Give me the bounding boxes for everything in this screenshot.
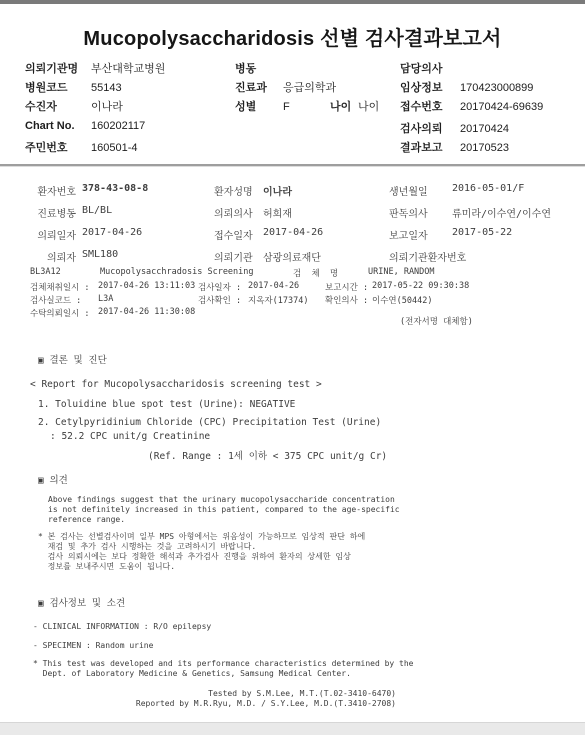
field-label: 담당의사 — [400, 60, 460, 76]
section-divider — [0, 164, 585, 167]
field-label: 검사의뢰 — [400, 120, 460, 136]
field-label: 의뢰기관 — [214, 249, 253, 264]
field-value: 20170523 — [460, 142, 509, 154]
field-label: 임상정보 — [400, 79, 460, 95]
field-label: 주민번호 — [25, 139, 91, 155]
field-label: 수탁의뢰일시 : — [30, 307, 90, 319]
test-development-note: * This test was developed and its perfor… — [33, 659, 414, 679]
field-label: 의뢰기관명 — [25, 60, 91, 76]
field-row: 성별F나이나이 — [235, 98, 379, 117]
scan-bottom-edge — [0, 722, 585, 735]
field-value: 2017-04-26 — [263, 227, 323, 238]
field-value: F — [283, 101, 330, 113]
field-label: 병동 — [235, 60, 283, 76]
field-value: 20170424 — [460, 123, 509, 135]
patient-id: 378-43-08-8 — [82, 183, 148, 194]
field-label: 수진자 — [25, 98, 91, 114]
field-value: 류미라/이수연/이수연 — [452, 205, 551, 220]
field-value: 2017-05-22 09:30:38 — [372, 281, 469, 291]
header-left-column: 의뢰기관명부산대학교병원 병원코드55143 수진자이나라 Chart No.1… — [25, 60, 165, 158]
field-row: 접수번호20170424-69639 — [400, 98, 543, 117]
field-label: 보고일자 — [389, 227, 428, 242]
field-label: 의뢰자 — [30, 249, 76, 264]
field-label: 나이 — [330, 98, 358, 114]
field-value: 이수연(50442) — [372, 294, 432, 306]
field-row: 진료과응급의학과 — [235, 79, 379, 98]
field-value: 지옥자(17374) — [248, 294, 308, 306]
field-row: 담당의사 — [400, 60, 543, 79]
test-name: Mucopolysacchradosis Screening — [100, 267, 254, 277]
field-value: 2017-05-22 — [452, 227, 512, 238]
header-right-column: 담당의사 임상정보170423000899 접수번호20170424-69639… — [400, 60, 543, 158]
field-label: 의뢰일자 — [30, 227, 76, 242]
result-item: 2. Cetylpyridinium Chloride (CPC) Precip… — [38, 417, 381, 428]
field-label: 성별 — [235, 98, 283, 114]
field-label: 의뢰기관환자번호 — [389, 249, 466, 264]
field-row: 검사의뢰20170424 — [400, 120, 543, 139]
field-label: 환자성명 — [214, 183, 253, 198]
field-label: 검체채취일시 : — [30, 281, 90, 293]
field-label: 판독의사 — [389, 205, 428, 220]
field-label: 검사일자 : — [198, 281, 241, 293]
field-label: 의뢰의사 — [214, 205, 253, 220]
field-label: 결과보고 — [400, 139, 460, 155]
field-value: 2017-04-26 — [82, 227, 142, 238]
header-middle-column: 병동 진료과응급의학과 성별F나이나이 — [235, 60, 379, 117]
field-value: 160501-4 — [91, 142, 138, 154]
result-item: 1. Toluidine blue spot test (Urine): NEG… — [38, 399, 295, 410]
test-code: BL3A12 — [30, 267, 61, 277]
opinion-paragraph: Above findings suggest that the urinary … — [48, 495, 400, 525]
field-value: 부산대학교병원 — [91, 60, 165, 76]
reference-range: (Ref. Range : 1세 이하 < 375 CPC unit/g Cr) — [148, 448, 387, 462]
test-info-heading: ▣ 검사정보 및 소견 — [38, 595, 125, 609]
field-label: 검사확인 : — [198, 294, 241, 306]
field-label: 확인의사 : — [325, 294, 368, 306]
patient-name: 이나라 — [263, 183, 292, 198]
field-row: 주민번호160501-4 — [25, 139, 165, 158]
birthdate-value: 2016-05-01/F — [452, 183, 524, 194]
field-value: 이나라 — [91, 98, 123, 114]
specimen-value: URINE, RANDOM — [368, 267, 435, 277]
field-row: Chart No.160202117 — [25, 120, 165, 139]
field-label: 생년월일 — [389, 183, 428, 198]
signature-block: Tested by S.M.Lee, M.T.(T.02-3410-6470) … — [100, 689, 396, 709]
report-title: Mucopolysaccharidosis 선별 검사결과보고서 — [0, 22, 585, 51]
reported-by-line: Reported by M.R.Ryu, M.D. / S.Y.Lee, M.D… — [100, 699, 396, 709]
field-value: 2017-04-26 11:30:08 — [98, 307, 195, 317]
field-value: 응급의학과 — [283, 79, 336, 95]
field-label: 접수일자 — [214, 227, 253, 242]
opinion-note: * 본 검사는 선별검사이며 일부 MPS 아형에서는 위음성이 가능하므로 임… — [38, 532, 365, 572]
field-label: 진료병동 — [30, 205, 76, 220]
lab-report-page: Mucopolysaccharidosis 선별 검사결과보고서 의뢰기관명부산… — [0, 0, 585, 735]
clinical-information: - CLINICAL INFORMATION : R/O epilepsy — [33, 622, 211, 632]
field-value: 나이 — [358, 98, 379, 114]
field-value: BL/BL — [82, 205, 112, 216]
field-label: 검 체 명 — [293, 267, 338, 279]
field-value: 20170424-69639 — [460, 101, 543, 113]
field-value: 2017-04-26 — [248, 281, 299, 291]
field-row: 수진자이나라 — [25, 98, 165, 117]
field-label: 환자번호 — [30, 183, 76, 198]
field-row: 의뢰기관명부산대학교병원 — [25, 60, 165, 79]
field-value: 55143 — [91, 82, 122, 94]
report-subtitle: < Report for Mucopolysaccharidosis scree… — [30, 379, 322, 390]
field-value: SML180 — [82, 249, 118, 260]
conclusion-heading: ▣ 결론 및 진단 — [38, 352, 107, 366]
field-row: 병원코드55143 — [25, 79, 165, 98]
field-value: 허희재 — [263, 205, 292, 220]
tested-by-line: Tested by S.M.Lee, M.T.(T.02-3410-6470) — [100, 689, 396, 699]
field-label: 접수번호 — [400, 98, 460, 114]
field-label: 진료과 — [235, 79, 283, 95]
field-value: L3A — [98, 294, 113, 304]
field-label: 병원코드 — [25, 79, 91, 95]
field-row: 병동 — [235, 60, 379, 79]
field-value: 삼광의료재단 — [263, 249, 321, 264]
field-row: 임상정보170423000899 — [400, 79, 543, 98]
esign-note: (전자서명 대체함) — [400, 315, 473, 327]
field-row: 결과보고20170523 — [400, 139, 543, 158]
specimen-information: - SPECIMEN : Random urine — [33, 641, 153, 651]
field-value: 160202117 — [91, 120, 145, 132]
field-label: Chart No. — [25, 120, 91, 132]
result-value: : 52.2 CPC unit/g Creatinine — [50, 431, 210, 442]
field-value: 2017-04-26 13:11:03 — [98, 281, 195, 291]
field-label: 보고시간 : — [325, 281, 368, 293]
opinion-heading: ▣ 의견 — [38, 472, 68, 486]
scan-top-edge — [0, 0, 585, 4]
field-label: 검사실코드 : — [30, 294, 81, 306]
field-value: 170423000899 — [460, 82, 533, 94]
